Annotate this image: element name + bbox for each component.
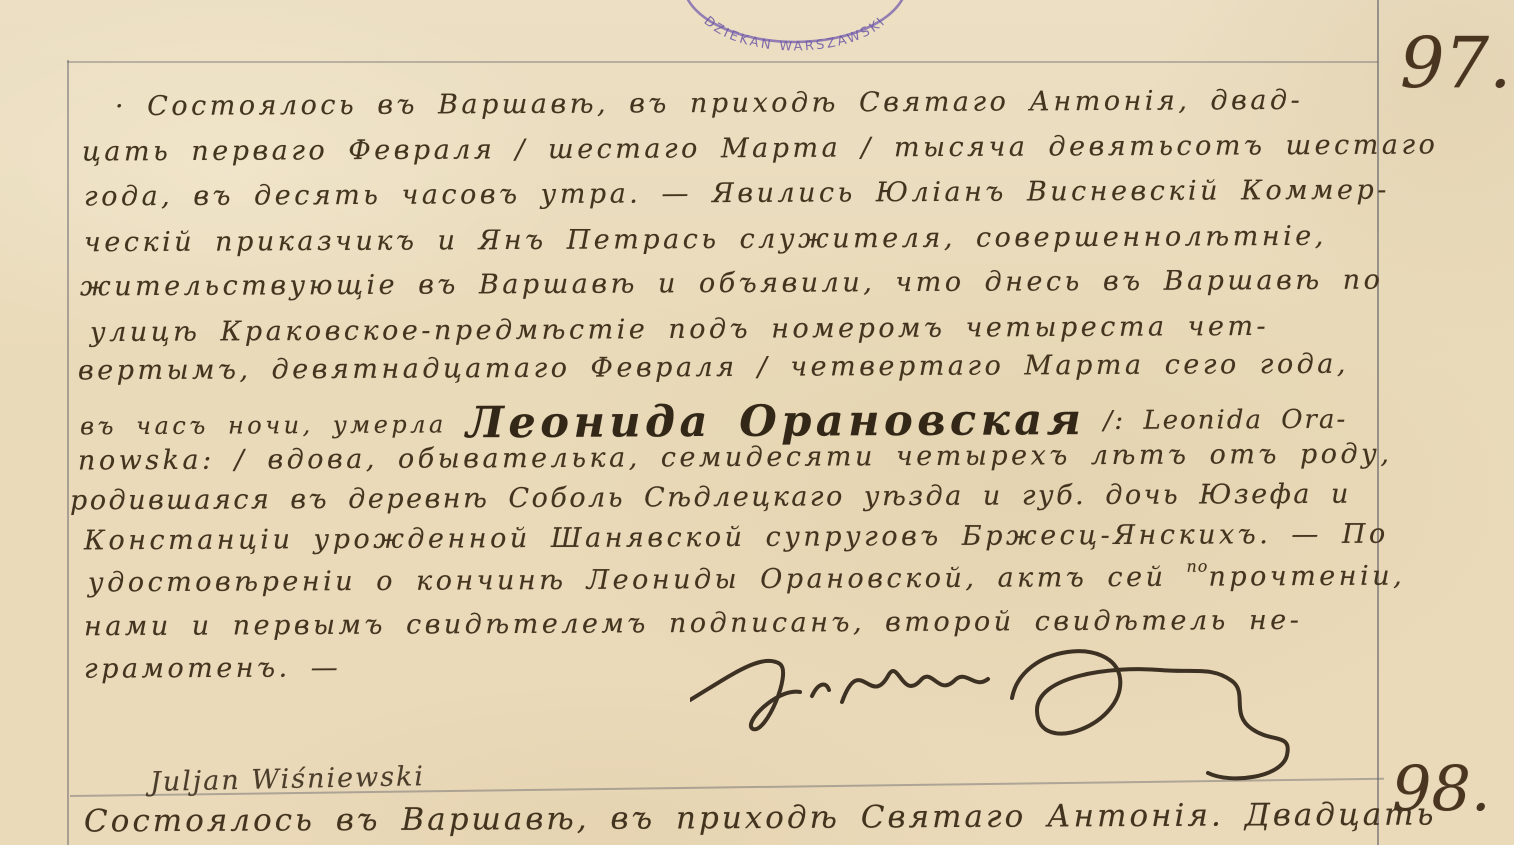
officiant-signature (690, 636, 1310, 796)
deceased-name-latin: /: Leonida Ora- (1085, 405, 1347, 436)
record-97-line-5: жительствующіе въ Варшавѣ и объявили, чт… (80, 265, 1384, 303)
record-97-line-2: цать перваго Февраля / шестаго Марта / т… (82, 129, 1438, 167)
line-text: nowska: / вдова, обывателька, семидесяти… (78, 439, 1393, 477)
stamp-text: DZIEKAN WARSZAWSKI (701, 14, 890, 55)
witness-signature: Juljan Wiśniewski (150, 761, 426, 798)
record-97-line-11: Констанціи урожденной Шанявской супругов… (84, 519, 1389, 557)
record-97-line-1: · Состоялось въ Варшавѣ, въ приходѣ Свят… (115, 85, 1303, 122)
record-97-line-6: улицѣ Краковское-предмѣстіе подъ номером… (90, 311, 1269, 348)
record-97-line-7: вертымъ, девятнадцатаго Февраля / четвер… (78, 349, 1349, 387)
line-text: Констанціи урожденной Шанявской супругов… (84, 519, 1389, 557)
record-number-97: 97. (1400, 22, 1511, 104)
record-97-line-4: ческій приказчикъ и Янъ Петрась служител… (84, 221, 1327, 259)
inserted-word: по (1186, 557, 1208, 576)
record-98-line-1: Состоялось въ Варшавѣ, въ приходѣ Святаг… (84, 796, 1437, 839)
line-text: года, въ десять часовъ утра. — Явились Ю… (84, 175, 1390, 213)
line-text: прочтеніи, (1208, 561, 1405, 593)
line-text: удостовѣреніи о кончинѣ Леониды Орановск… (88, 562, 1187, 599)
record-97-line-10: родившаяся въ деревнѣ Соболь Сѣдлецкаго … (70, 479, 1351, 517)
line-text: · Состоялось въ Варшавѣ, въ приходѣ Свят… (115, 85, 1303, 122)
record-97-line-3: года, въ десять часовъ утра. — Явились Ю… (84, 175, 1390, 213)
left-margin-rule (67, 60, 69, 845)
line-text: вертымъ, девятнадцатаго Февраля / четвер… (78, 349, 1349, 387)
record-97-line-14: грамотенъ. — (84, 652, 341, 684)
line-text: цать перваго Февраля / шестаго Марта / т… (82, 129, 1438, 167)
line-text: родившаяся въ деревнѣ Соболь Сѣдлецкаго … (70, 479, 1351, 517)
line-text: въ часъ ночи, умерла (80, 410, 466, 440)
line-text: ческій приказчикъ и Янъ Петрась служител… (84, 221, 1327, 259)
record-97-line-12: удостовѣреніи о кончинѣ Леониды Орановск… (88, 561, 1405, 599)
line-text: жительствующіе въ Варшавѣ и объявили, чт… (80, 265, 1384, 303)
record-97-line-9: nowska: / вдова, обывателька, семидесяти… (78, 439, 1393, 477)
line-text: улицѣ Краковское-предмѣстіе подъ номером… (90, 311, 1269, 348)
scanned-register-page: DZIEKAN WARSZAWSKI 97. 98. · Состоялось … (0, 0, 1514, 845)
record-97-line-8: въ часъ ночи, умерла Леонида Орановская … (80, 389, 1347, 446)
line-text: грамотенъ. — (84, 652, 341, 684)
number-column-rule (1377, 0, 1379, 845)
parish-dean-oval-stamp-icon: DZIEKAN WARSZAWSKI (645, 0, 945, 64)
